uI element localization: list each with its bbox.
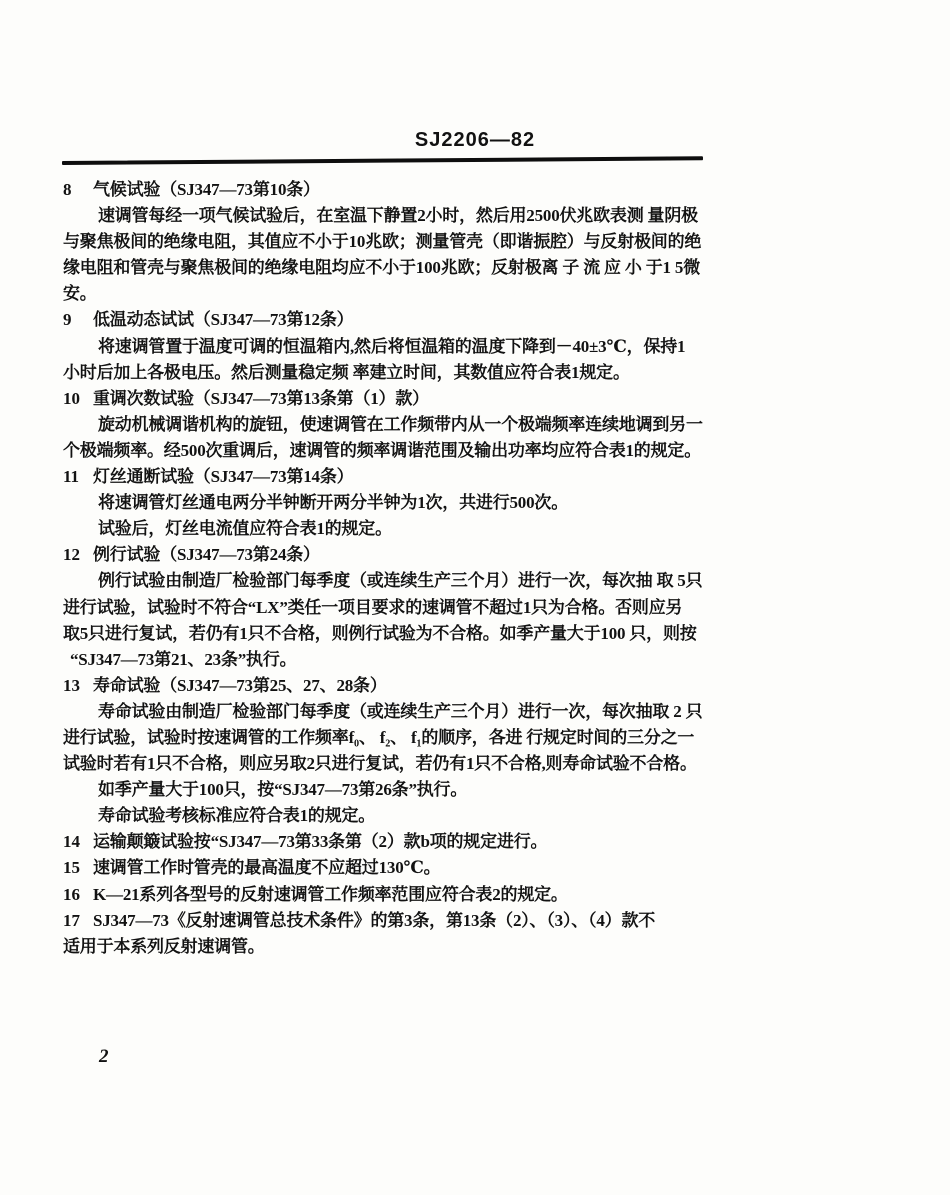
body-line: 寿命试验考核标准应符合表1的规定。 bbox=[63, 803, 711, 829]
body-line: 个极端频率。经500次重调后，速调管的频率调谐范围及输出功率均应符合表1的规定。 bbox=[63, 438, 711, 464]
heading-clause-16: 16K—21系列各型号的反射速调管工作频率范围应符合表2的规定。 bbox=[63, 882, 711, 908]
clause-title: 例行试验（SJ347—73第24条） bbox=[93, 545, 320, 564]
clause-number: 10 bbox=[63, 386, 93, 412]
clause-title: 低温动态试试（SJ347—73第12条） bbox=[93, 310, 353, 329]
body-line: 与聚焦极间的绝缘电阻，其值应不小于10兆欧；测量管壳（即谐振腔）与反射极间的绝 bbox=[63, 229, 711, 255]
body-line: 进行试验，试验时按速调管的工作频率f₀、 f₂、 f₁的顺序，各进 行规定时间的… bbox=[63, 725, 711, 751]
clause-number: 14 bbox=[63, 829, 93, 855]
body-line: 旋动机械调谐机构的旋钮，使速调管在工作频带内从一个极端频率连续地调到另一 bbox=[63, 412, 711, 438]
clause-number: 13 bbox=[63, 673, 93, 699]
document-body: 8气候试验（SJ347—73第10条） 速调管每经一项气候试验后，在室温下静置2… bbox=[63, 177, 711, 960]
body-line: 缘电阻和管壳与聚焦极间的绝缘电阻均应不小于100兆欧；反射极离 子 流 应 小 … bbox=[63, 255, 711, 281]
clause-number: 11 bbox=[63, 464, 93, 490]
heading-clause-10: 10重调次数试验（SJ347—73第13条第（1）款） bbox=[63, 386, 711, 412]
page-title: SJ2206—82 bbox=[0, 129, 950, 152]
heading-clause-13: 13寿命试验（SJ347—73第25、27、28条） bbox=[63, 673, 711, 699]
clause-title: 气候试验（SJ347—73第10条） bbox=[93, 180, 320, 199]
heading-clause-9: 9低温动态试试（SJ347—73第12条） bbox=[63, 307, 711, 333]
heading-clause-11: 11灯丝通断试验（SJ347—73第14条） bbox=[63, 464, 711, 490]
heading-clause-15: 15速调管工作时管壳的最高温度不应超过130℃。 bbox=[63, 855, 711, 881]
clause-number: 16 bbox=[63, 882, 93, 908]
body-line: 试验后，灯丝电流值应符合表1的规定。 bbox=[63, 516, 711, 542]
heading-clause-8: 8气候试验（SJ347—73第10条） bbox=[63, 177, 711, 203]
clause-text: 运输颠簸试验按“SJ347—73第33条第（2）款b项的规定进行。 bbox=[93, 832, 547, 851]
body-line: 将速调管置于温度可调的恒温箱内,然后将恒温箱的温度下降到－40±3℃，保持1 bbox=[63, 334, 711, 360]
body-line: 将速调管灯丝通电两分半钟断开两分半钟为1次，共进行500次。 bbox=[63, 490, 711, 516]
body-line: 适用于本系列反射速调管。 bbox=[63, 934, 711, 960]
clause-title: 灯丝通断试验（SJ347—73第14条） bbox=[93, 467, 353, 486]
header-divider-rule bbox=[62, 156, 703, 165]
clause-number: 15 bbox=[63, 855, 93, 881]
clause-text: K—21系列各型号的反射速调管工作频率范围应符合表2的规定。 bbox=[93, 885, 568, 904]
clause-number: 17 bbox=[63, 908, 93, 934]
clause-text: 速调管工作时管壳的最高温度不应超过130℃。 bbox=[93, 858, 440, 877]
heading-clause-14: 14运输颠簸试验按“SJ347—73第33条第（2）款b项的规定进行。 bbox=[63, 829, 711, 855]
body-line: 速调管每经一项气候试验后，在室温下静置2小时，然后用2500伏兆欧表测 量阴极 bbox=[63, 203, 711, 229]
body-line: 取5只进行复试，若仍有1只不合格，则例行试验为不合格。如季产量大于100 只，则… bbox=[63, 621, 711, 647]
body-line: 例行试验由制造厂检验部门每季度（或连续生产三个月）进行一次，每次抽 取 5只 bbox=[63, 568, 711, 594]
body-line: 进行试验，试验时不符合“LX”类任一项目要求的速调管不超过1只为合格。否则应另 bbox=[63, 595, 711, 621]
body-line: 如季产量大于100只，按“SJ347—73第26条”执行。 bbox=[63, 777, 711, 803]
clause-text: SJ347—73《反射速调管总技术条件》的第3条，第13条（2）、（3）、（4）… bbox=[93, 911, 655, 930]
clause-number: 12 bbox=[63, 542, 93, 568]
body-line: “SJ347—73第21、23条”执行。 bbox=[63, 647, 711, 673]
body-line: 小时后加上各极电压。然后测量稳定频 率建立时间，其数值应符合表1规定。 bbox=[63, 360, 711, 386]
heading-clause-17: 17SJ347—73《反射速调管总技术条件》的第3条，第13条（2）、（3）、（… bbox=[63, 908, 711, 934]
clause-number: 9 bbox=[63, 307, 93, 333]
body-line: 寿命试验由制造厂检验部门每季度（或连续生产三个月）进行一次，每次抽取 2 只 bbox=[63, 699, 711, 725]
clause-title: 重调次数试验（SJ347—73第13条第（1）款） bbox=[93, 389, 429, 408]
page-number: 2 bbox=[99, 1046, 109, 1068]
body-line: 安。 bbox=[63, 281, 711, 307]
clause-number: 8 bbox=[63, 177, 93, 203]
body-line: 试验时若有1只不合格，则应另取2只进行复试，若仍有1只不合格,则寿命试验不合格。 bbox=[63, 751, 711, 777]
heading-clause-12: 12例行试验（SJ347—73第24条） bbox=[63, 542, 711, 568]
clause-title: 寿命试验（SJ347—73第25、27、28条） bbox=[93, 676, 387, 695]
